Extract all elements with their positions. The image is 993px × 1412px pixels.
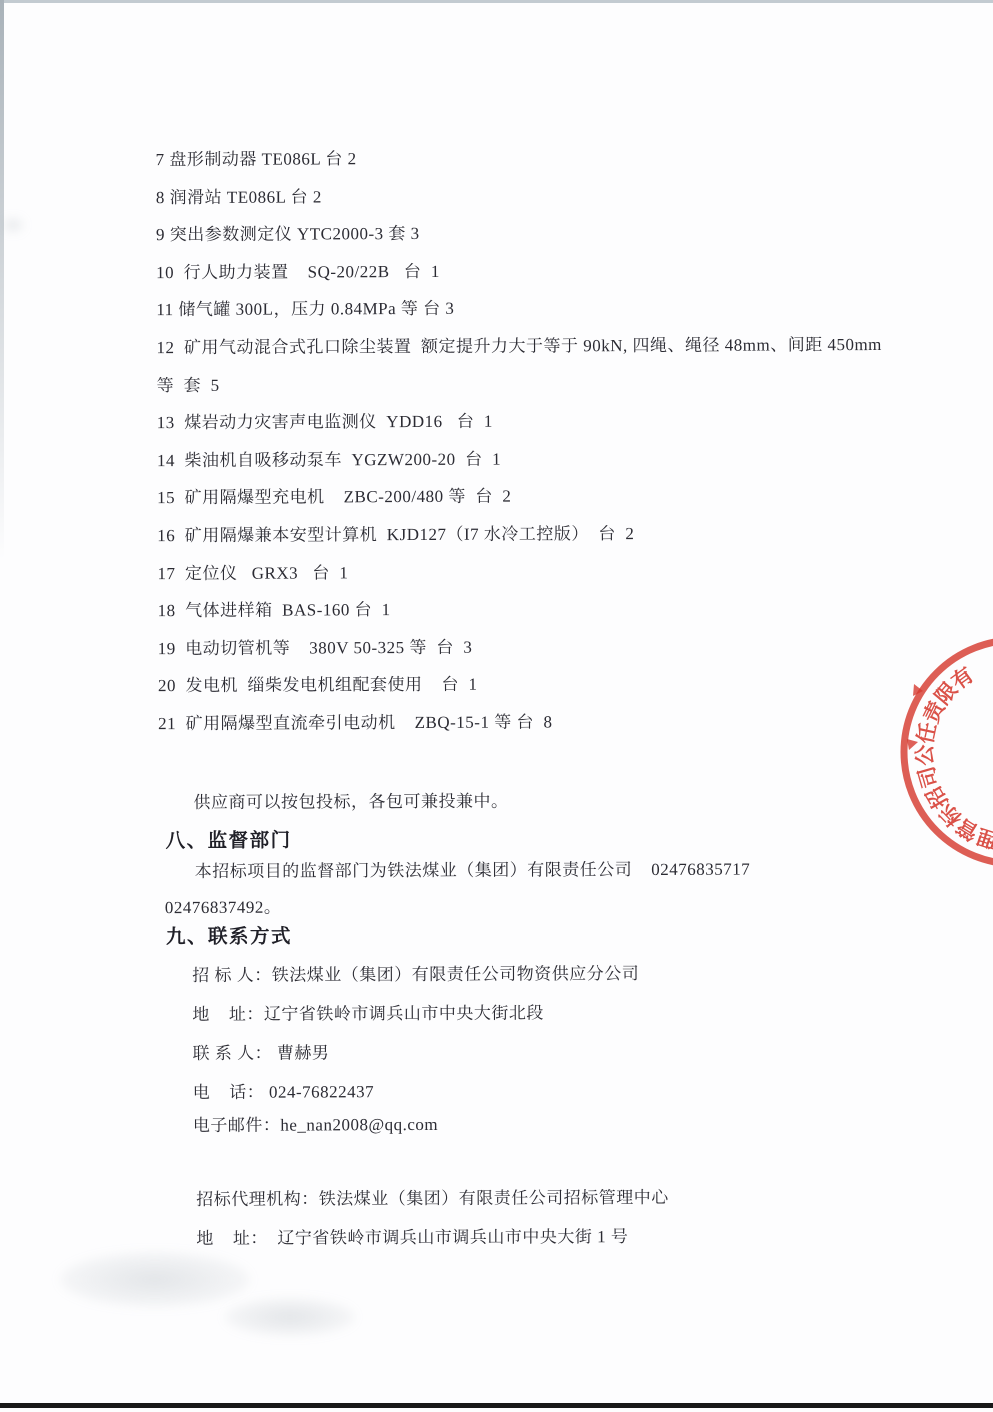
- equipment-line: 20 发电机 缁柴发电机组配套使用 台 1: [158, 664, 993, 705]
- contact-row-phone: 电 话： 024-76822437: [193, 1077, 375, 1103]
- equipment-list: 7 盘形制动器 TE086L 台 2 8 润滑站 TE086L 台 2 9 突出…: [156, 137, 993, 742]
- supervision-phone-line: 02476837492。: [165, 895, 282, 922]
- contact-row-address: 地 址：辽宁省铁岭市调兵山市中央大街北段: [192, 998, 544, 1025]
- section-heading-supervision: 八、监督部门: [166, 825, 292, 854]
- scan-bottom-edge: [0, 1403, 993, 1408]
- agency-row-address: 地 址： 辽宁省铁岭市调兵山市调兵山市中央大街 1 号: [196, 1222, 628, 1249]
- contact-row-email: 电子邮件：he_nan2008@qq.com: [193, 1110, 438, 1136]
- contact-row-bidder: 招 标 人：铁法煤业（集团）有限责任公司物资供应分公司: [192, 959, 639, 986]
- equipment-line: 16 矿用隔爆兼本安型计算机 KJD127（I7 水冷工控版） 台 2: [157, 513, 993, 554]
- bidding-note: 供应商可以按包投标，各包可兼投兼中。: [193, 789, 508, 816]
- equipment-line: 14 柴油机自吸移动泵车 YGZW200-20 台 1: [157, 438, 993, 479]
- stamp-character: 公: [913, 744, 938, 766]
- equipment-line: 17 定位仪 GRX3 台 1: [157, 551, 993, 592]
- equipment-line-continuation: 等 套 5: [157, 363, 993, 404]
- equipment-line: 18 气体进样箱 BAS-160 台 1: [158, 589, 993, 630]
- scanned-document-page: 7 盘形制动器 TE086L 台 2 8 润滑站 TE086L 台 2 9 突出…: [0, 0, 993, 1412]
- equipment-line: 7 盘形制动器 TE086L 台 2: [156, 137, 993, 178]
- equipment-line: 13 煤岩动力灾害声电监测仪 YDD16 台 1: [157, 401, 993, 442]
- red-seal-stamp: 有限责任公司招标管理中心: [878, 592, 993, 912]
- equipment-line: 10 行人助力装置 SQ-20/22B 台 1: [156, 250, 993, 291]
- equipment-line: 12 矿用气动混合式孔口除尘装置 额定提升力大于等于 90kN, 四绳、绳径 4…: [156, 325, 993, 366]
- contact-row-person: 联 系 人： 曹赫男: [192, 1038, 329, 1064]
- document-content: 7 盘形制动器 TE086L 台 2 8 润滑站 TE086L 台 2 9 突出…: [0, 0, 993, 1412]
- section-heading-contact: 九、联系方式: [166, 921, 292, 950]
- supervision-body-line: 本招标项目的监督部门为铁法煤业（集团）有限责任公司 02476835717: [195, 857, 751, 885]
- equipment-line: 11 储气罐 300L，压力 0.84MPa 等 台 3: [156, 288, 993, 329]
- equipment-line: 15 矿用隔爆型充电机 ZBC-200/480 等 台 2: [157, 476, 993, 517]
- equipment-line: 21 矿用隔爆型直流牵引电动机 ZBQ-15-1 等 台 8: [158, 701, 993, 742]
- equipment-line: 19 电动切管机等 380V 50-325 等 台 3: [158, 626, 993, 667]
- equipment-line: 9 突出参数测定仪 YTC2000-3 套 3: [156, 213, 993, 254]
- agency-row-name: 招标代理机构：铁法煤业（集团）有限责任公司招标管理中心: [196, 1183, 669, 1210]
- equipment-line: 8 润滑站 TE086L 台 2: [156, 175, 993, 216]
